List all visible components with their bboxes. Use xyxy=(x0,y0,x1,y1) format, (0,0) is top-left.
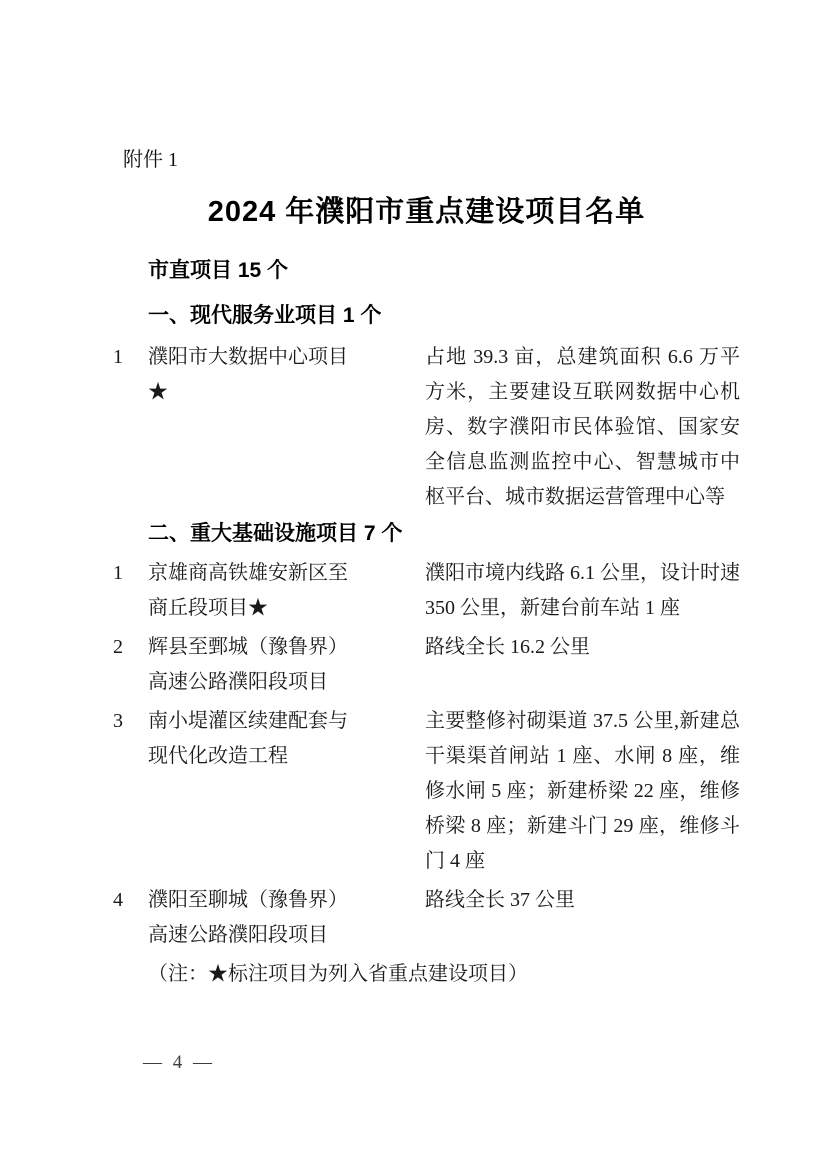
section-modern-services: 一、现代服务业项目 1 个 1 濮阳市大数据中心项目★ 占地 39.3 亩，总建… xyxy=(113,303,740,515)
project-description: 路线全长 37 公里 xyxy=(425,883,740,918)
project-number: 1 xyxy=(113,556,148,591)
project-name: 京雄商高铁雄安新区至商丘段项目★ xyxy=(148,556,348,626)
project-description: 路线全长 16.2 公里 xyxy=(425,630,740,665)
section-heading: 二、重大基础设施项目 7 个 xyxy=(148,521,740,546)
project-row: 1 京雄商高铁雄安新区至商丘段项目★ 濮阳市境内线路 6.1 公里，设计时速 3… xyxy=(113,556,740,626)
project-name: 濮阳至聊城（豫鲁界）高速公路濮阳段项目 xyxy=(148,883,348,953)
project-number: 3 xyxy=(113,704,148,739)
document-title: 2024 年濮阳市重点建设项目名单 xyxy=(113,194,740,230)
page-number: — 4 — xyxy=(143,1051,215,1075)
section-infrastructure: 二、重大基础设施项目 7 个 1 京雄商高铁雄安新区至商丘段项目★ 濮阳市境内线… xyxy=(113,521,740,953)
project-number: 2 xyxy=(113,630,148,665)
project-name: 辉县至鄄城（豫鲁界）高速公路濮阳段项目 xyxy=(148,630,348,700)
project-description: 濮阳市境内线路 6.1 公里，设计时速 350 公里，新建台前车站 1 座 xyxy=(425,556,740,626)
project-name: 南小堤灌区续建配套与现代化改造工程 xyxy=(148,704,348,774)
project-number: 1 xyxy=(113,340,148,375)
document-page: 附件 1 2024 年濮阳市重点建设项目名单 市直项目 15 个 一、现代服务业… xyxy=(0,0,826,1169)
project-row: 2 辉县至鄄城（豫鲁界）高速公路濮阳段项目 路线全长 16.2 公里 xyxy=(113,630,740,700)
project-row: 3 南小堤灌区续建配套与现代化改造工程 主要整修衬砌渠道 37.5 公里,新建总… xyxy=(113,704,740,879)
projects-count-subtitle: 市直项目 15 个 xyxy=(148,258,740,283)
project-row: 1 濮阳市大数据中心项目★ 占地 39.3 亩，总建筑面积 6.6 万平方米，主… xyxy=(113,340,740,515)
project-name: 濮阳市大数据中心项目★ xyxy=(148,340,348,410)
attachment-label: 附件 1 xyxy=(123,148,740,172)
project-number: 4 xyxy=(113,883,148,918)
project-description: 主要整修衬砌渠道 37.5 公里,新建总干渠渠首闸站 1 座、水闸 8 座，维修… xyxy=(425,704,740,879)
project-description: 占地 39.3 亩，总建筑面积 6.6 万平方米，主要建设互联网数据中心机房、数… xyxy=(425,340,740,515)
section-heading: 一、现代服务业项目 1 个 xyxy=(148,303,740,328)
project-row: 4 濮阳至聊城（豫鲁界）高速公路濮阳段项目 路线全长 37 公里 xyxy=(113,883,740,953)
footnote: （注：★标注项目为列入省重点建设项目） xyxy=(148,957,740,992)
